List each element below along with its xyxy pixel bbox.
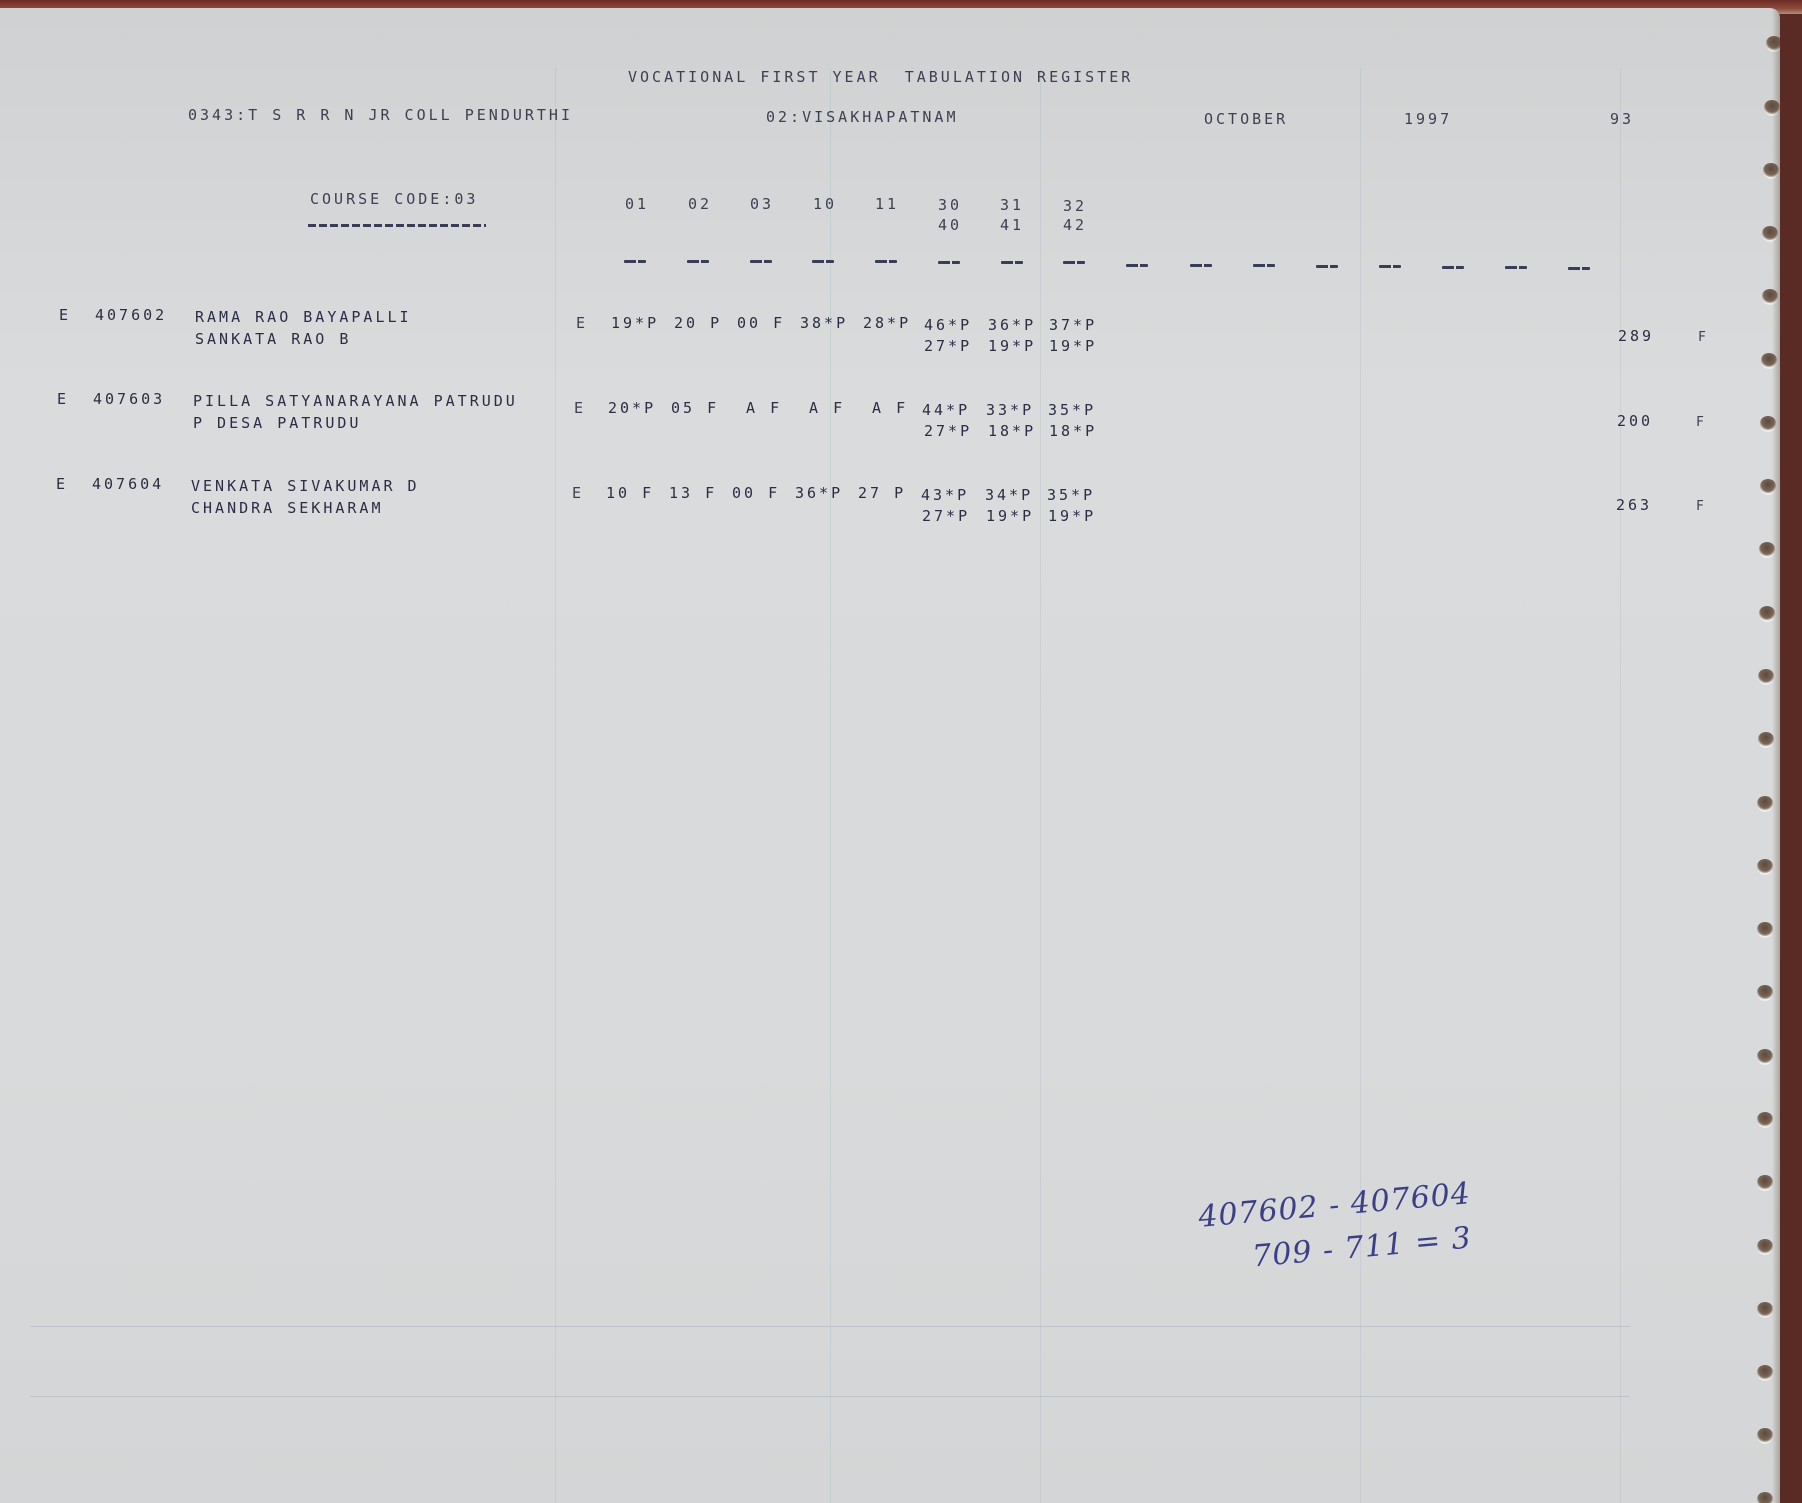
tractor-feed-hole xyxy=(1762,226,1778,240)
column-dash xyxy=(750,260,772,263)
show-through-line xyxy=(30,1396,1630,1397)
column-dash xyxy=(1442,266,1464,269)
subject-code: 01 xyxy=(625,197,649,212)
column-dash xyxy=(1063,261,1085,264)
student-name: RAMA RAO BAYAPALLI xyxy=(195,310,412,325)
tractor-feed-hole xyxy=(1759,542,1775,556)
subject-mark: 36*P xyxy=(988,318,1036,333)
record-prefix: E xyxy=(56,477,68,492)
subject-mark: 18*P xyxy=(988,424,1036,439)
tractor-feed-hole xyxy=(1759,606,1775,620)
subject-mark: 00 F xyxy=(737,316,785,331)
subject-mark: 38*P xyxy=(800,316,848,331)
register-page: VOCATIONAL FIRST YEAR TABULATION REGISTE… xyxy=(0,8,1780,1503)
subject-mark: 05 F xyxy=(671,401,719,416)
subject-mark: 19*P xyxy=(611,316,659,331)
hall-ticket-number: 407602 xyxy=(95,308,167,323)
column-dash xyxy=(1316,265,1338,268)
subject-mark: 13 F xyxy=(669,486,717,501)
column-dash xyxy=(938,261,960,264)
result-status: F xyxy=(1698,331,1709,344)
subject-code: 31 xyxy=(1000,198,1024,213)
subject-mark: 43*P xyxy=(921,488,969,503)
hall-ticket-number: 407604 xyxy=(92,477,164,492)
tractor-feed-hole xyxy=(1757,1492,1773,1503)
page-number: 93 xyxy=(1610,112,1634,127)
tractor-feed-hole xyxy=(1761,353,1777,367)
ruling-line xyxy=(1620,68,1621,1503)
tractor-feed-hole xyxy=(1762,289,1778,303)
ruling-line xyxy=(1360,68,1361,1503)
column-dash xyxy=(875,260,897,263)
tractor-feed-hole xyxy=(1766,36,1780,50)
father-name: CHANDRA SEKHARAM xyxy=(191,501,384,516)
subject-code: 11 xyxy=(875,197,899,212)
column-dash xyxy=(812,260,834,263)
subject-mark: 27*P xyxy=(924,424,972,439)
column-dash xyxy=(687,260,709,263)
result-status: F xyxy=(1696,416,1707,429)
tractor-feed-hole xyxy=(1760,479,1776,493)
subject-mark: 20*P xyxy=(608,401,656,416)
subject-mark: 27*P xyxy=(924,339,972,354)
subject-mark: 36*P xyxy=(795,486,843,501)
tractor-feed-hole xyxy=(1757,1428,1773,1442)
ruling-line xyxy=(555,68,556,1503)
subject-mark: 19*P xyxy=(1048,509,1096,524)
student-name: PILLA SATYANARAYANA PATRUDU xyxy=(193,394,518,409)
subject-mark: 19*P xyxy=(988,339,1036,354)
subject-mark: 20 P xyxy=(674,316,722,331)
total-marks: 200 xyxy=(1617,414,1653,429)
subject-mark: A F xyxy=(734,401,782,416)
subject-mark: 19*P xyxy=(1049,339,1097,354)
ruling-line xyxy=(830,68,831,1503)
subject-code: 41 xyxy=(1000,218,1024,233)
register-title: VOCATIONAL FIRST YEAR TABULATION REGISTE… xyxy=(628,70,1133,85)
course-code-underline xyxy=(308,224,486,227)
record-prefix: E xyxy=(59,308,71,323)
result-status: F xyxy=(1696,500,1707,513)
tractor-feed-hole xyxy=(1757,922,1773,936)
tractor-feed-hole xyxy=(1758,732,1774,746)
father-name: P DESA PATRUDU xyxy=(193,416,361,431)
subject-mark: 00 F xyxy=(732,486,780,501)
tractor-feed-hole xyxy=(1760,416,1776,430)
tractor-feed-hole xyxy=(1757,1302,1773,1316)
column-dash xyxy=(1001,261,1023,264)
tractor-feed-hole xyxy=(1757,1239,1773,1253)
subject-mark: 34*P xyxy=(985,488,1033,503)
subject-mark: 28*P xyxy=(863,316,911,331)
total-marks: 289 xyxy=(1618,329,1654,344)
district-name: 02:VISAKHAPATNAM xyxy=(766,110,959,125)
tractor-feed-hole xyxy=(1757,1175,1773,1189)
father-name: SANKATA RAO B xyxy=(195,332,351,347)
subject-code: 42 xyxy=(1063,218,1087,233)
tractor-feed-hole xyxy=(1757,1049,1773,1063)
exam-year: 1997 xyxy=(1404,112,1452,127)
subject-mark: 46*P xyxy=(924,318,972,333)
tractor-feed-hole xyxy=(1757,796,1773,810)
show-through-text xyxy=(300,1448,321,1487)
tractor-feed-hole xyxy=(1757,1112,1773,1126)
handwritten-count: 709 - 711 = 3 xyxy=(1251,1220,1473,1274)
show-through-line xyxy=(30,1326,1630,1327)
record-prefix: E xyxy=(57,392,69,407)
subject-mark: 27*P xyxy=(922,509,970,524)
column-dash xyxy=(1126,264,1148,267)
column-dash xyxy=(1505,266,1527,269)
column-dash xyxy=(624,260,646,263)
subject-code: 40 xyxy=(938,218,962,233)
tractor-feed-hole xyxy=(1757,985,1773,999)
hall-ticket-number: 407603 xyxy=(93,392,165,407)
total-marks: 263 xyxy=(1616,498,1652,513)
subject-code: 03 xyxy=(750,197,774,212)
subject-code: 10 xyxy=(813,197,837,212)
subject-mark: 10 F xyxy=(606,486,654,501)
tractor-feed-hole xyxy=(1758,669,1774,683)
column-dash xyxy=(1379,265,1401,268)
student-name: VENKATA SIVAKUMAR D xyxy=(191,479,420,494)
ruling-line xyxy=(1040,68,1041,1503)
tractor-feed-hole xyxy=(1763,163,1779,177)
subject-mark: A F xyxy=(797,401,845,416)
subject-mark: 37*P xyxy=(1049,318,1097,333)
college-name: 0343:T S R R N JR COLL PENDURTHI xyxy=(188,108,573,123)
subject-mark: 44*P xyxy=(922,403,970,418)
subject-code: 02 xyxy=(688,197,712,212)
subject-mark: 18*P xyxy=(1049,424,1097,439)
column-dash xyxy=(1190,264,1212,267)
medium: E xyxy=(572,486,584,501)
subject-mark: 35*P xyxy=(1048,403,1096,418)
subject-code: 32 xyxy=(1063,199,1087,214)
subject-code: 30 xyxy=(938,198,962,213)
subject-mark: 27 P xyxy=(858,486,906,501)
exam-month: OCTOBER xyxy=(1204,112,1288,127)
medium: E xyxy=(574,401,586,416)
column-dash xyxy=(1568,267,1590,270)
tractor-feed-hole xyxy=(1757,859,1773,873)
subject-mark: A F xyxy=(860,401,908,416)
subject-mark: 33*P xyxy=(986,403,1034,418)
course-code-label: COURSE CODE:03 xyxy=(310,192,478,207)
tractor-feed-hole xyxy=(1764,100,1780,114)
medium: E xyxy=(576,316,588,331)
column-dash xyxy=(1253,264,1275,267)
subject-mark: 35*P xyxy=(1047,488,1095,503)
subject-mark: 19*P xyxy=(986,509,1034,524)
tractor-feed-hole xyxy=(1757,1365,1773,1379)
